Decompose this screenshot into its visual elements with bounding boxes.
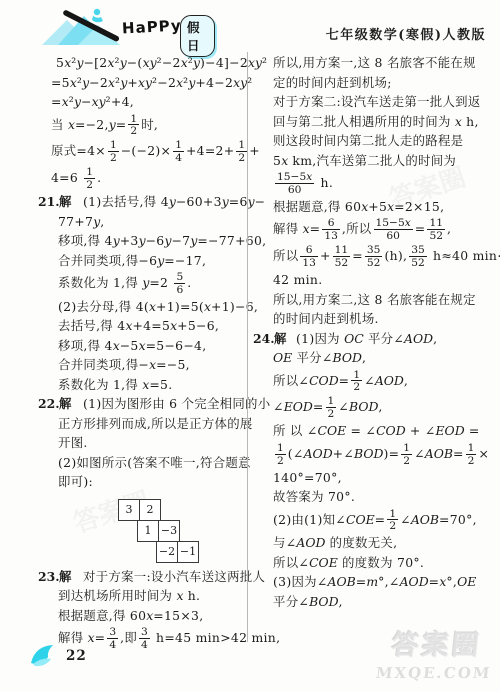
solution-line: 系数化为 1,得 y=2 56. <box>58 270 247 297</box>
fraction: 12 <box>275 442 286 467</box>
solve-label: 解 <box>274 329 286 349</box>
solution-line: 所以,用方案一,这 8 名旅客不能在规 <box>273 53 495 73</box>
fraction: 613 <box>322 217 340 242</box>
left-column: 5x²y−[2x²y−(xy²−2x²y)−4]−2xy²=5x²y−2x²y+… <box>20 53 247 652</box>
solution-line: 根据题意,得 60x+5x=2×15, <box>273 197 495 217</box>
solution-line: =5x²y−2x²y+xy²−2x²y+4−2xy² <box>51 73 247 93</box>
fraction: 12 <box>108 139 119 164</box>
solution-line: 根据题意,得 60x=15×3, <box>58 606 247 626</box>
logo-holiday-badge: 假日 <box>180 15 215 57</box>
solution-line: OE 平分∠BOD, <box>273 348 495 368</box>
page-number: 22 <box>66 648 87 664</box>
fraction: 12 <box>128 113 139 138</box>
edition-title: 七年级数学(寒假)人教版 <box>326 24 486 43</box>
solution-line: 所以∠COD=12∠AOD, <box>273 368 495 395</box>
solution-line: 到达机场所用时间为 x h. <box>58 586 247 606</box>
watermark-brand: 答案圈 <box>390 630 483 661</box>
problem-number: 24. <box>253 329 275 349</box>
solution-line: 去括号,得 4x+4=5x+5−6, <box>58 316 247 336</box>
solve-label: 解 <box>59 192 71 212</box>
fraction: 15−5x60 <box>374 217 413 242</box>
happy-holiday-logo: HaPPy 假日 <box>40 7 215 49</box>
solution-line: 合并同类项,得−6y=−17, <box>58 251 247 271</box>
problem-number: 21. <box>38 192 60 212</box>
fraction: 12 <box>387 508 398 533</box>
solution-line: (1)去括号,得 4y−60+3y=6y− <box>58 192 247 212</box>
solution-line: ∠EOD=12∠BOD, <box>273 394 495 421</box>
solution-line: 5x km,汽车送第二批人的时间为 <box>273 151 495 171</box>
solution-line: 所以,用方案二,这 8 名旅客能在规定 <box>273 290 495 310</box>
fraction: 3552 <box>365 244 383 269</box>
solve-label: 解 <box>59 567 71 587</box>
solution-line: 正方形排列而成,所以是正方体的展 <box>58 414 247 434</box>
solution-line: 原式=4×12−(−2)×14+4=2+12+ <box>51 138 247 165</box>
net-cell: −3 <box>158 520 180 542</box>
column-divider <box>247 52 248 642</box>
solution-line: 解得 x=613,所以15−5x60=1152, <box>273 216 495 243</box>
solution-line: 移项,得 4y+3y−6y−7y=−77+60, <box>58 231 247 251</box>
solution-line: 当 x=−2,y=12时, <box>51 112 247 139</box>
fraction: 12 <box>466 442 477 467</box>
solution-line: 即可): <box>58 472 247 492</box>
fraction: 613 <box>300 244 318 269</box>
cube-net-diagram: 321−3−2−1 <box>118 499 247 563</box>
solution-line: 系数化为 1,得 x=5. <box>58 375 247 395</box>
problem-number: 22. <box>38 394 60 414</box>
net-cell: −1 <box>177 541 199 563</box>
solution-line: 77+7y, <box>58 212 247 232</box>
solution-line: 开图. <box>58 433 247 453</box>
solution-line: 回与第二批人相遇所用的时间为 x h, <box>273 112 495 132</box>
problem-number: 23. <box>38 567 60 587</box>
solution-line: 140°=70°, <box>273 468 495 488</box>
net-cell: 2 <box>139 499 161 521</box>
problem-23: 23.解对于方案一:设小汽车送这两批人到达机场所用时间为 x h.根据题意,得 … <box>20 567 247 652</box>
solution-line: (2)如图所示(答案不唯一,符合题意 <box>58 453 247 473</box>
solution-line: 定的时间内赶到机场; <box>273 73 495 93</box>
solution-line: (1)因为 OC 平分∠AOD, <box>273 329 495 349</box>
fraction: 12 <box>326 395 337 420</box>
logo-happy-text: HaPPy <box>122 16 183 37</box>
solution-continuation: 5x²y−[2x²y−(xy²−2x²y)−4]−2xy²=5x²y−2x²y+… <box>20 53 247 192</box>
solution-line: (2)由(1)知∠COE=12∠AOB=70°, <box>273 507 495 534</box>
problem-24: 24.解(1)因为 OC 平分∠AOD,OE 平分∠BOD,所以∠COD=12∠… <box>253 329 495 612</box>
solution-line: 所以613+1152=3552(h),3552 h≈40 min< <box>273 243 495 270</box>
fraction: 1152 <box>333 244 351 269</box>
fraction: 3552 <box>409 244 427 269</box>
fraction: 12 <box>84 166 95 191</box>
solution-line: (1)因为图形由 6 个完全相同的小 <box>58 394 247 414</box>
solution-line: 所以∠COE 的度数为 70°. <box>273 553 495 573</box>
fraction: 34 <box>139 626 150 651</box>
leaf-icon <box>26 642 62 674</box>
solution-line: (3)因为∠AOB=m°,∠AOD=x°,OE <box>273 572 495 592</box>
problem-22: 22.解(1)因为图形由 6 个完全相同的小正方形排列而成,所以是正方体的展开图… <box>20 394 247 563</box>
workbook-answer-page: HaPPy 假日 七年级数学(寒假)人教版 答案圈 答案圈 5x²y−[2x²y… <box>0 0 500 692</box>
answer-site-watermark: 答案圈 MXQE.COM <box>375 623 497 682</box>
fraction: 12 <box>401 442 412 467</box>
fraction: 56 <box>174 271 185 296</box>
net-cell: −2 <box>156 541 178 563</box>
fraction: 34 <box>107 626 118 651</box>
solution-continuation: 所以,用方案一,这 8 名旅客不能在规定的时间内赶到机场;对于方案二:设汽车送走… <box>253 53 495 329</box>
solution-line: 所 以 ∠COE = ∠COD + ∠EOD = <box>273 421 495 441</box>
solve-label: 解 <box>59 394 71 414</box>
fraction: 1152 <box>427 217 445 242</box>
net-cell: 3 <box>118 499 140 521</box>
solution-line: 12(∠AOD+∠BOD)=12∠AOB=12× <box>273 441 495 468</box>
solution-line: 4=6 12. <box>51 165 247 192</box>
fraction: 12 <box>351 369 362 394</box>
solution-line: (2)去分母,得 4(x+1)=5(x+1)−6, <box>58 297 247 317</box>
solution-line: 对于方案二:设汽车送走第一批人到返 <box>273 92 495 112</box>
solution-line: 15−5x60 h. <box>273 170 495 197</box>
watermark-site: MXQE.COM <box>375 664 492 682</box>
solution-line: 合并同类项,得−x=−5, <box>58 355 247 375</box>
fraction: 14 <box>173 139 184 164</box>
solution-line: 对于方案一:设小汽车送这两批人 <box>58 567 247 587</box>
solution-line: 5x²y−[2x²y−(xy²−2x²y)−4]−2xy² <box>51 53 247 73</box>
solution-line: 42 min. <box>273 270 495 290</box>
fraction: 12 <box>236 139 247 164</box>
problem-21: 21.解(1)去括号,得 4y−60+3y=6y−77+7y,移项,得 4y+3… <box>20 192 247 394</box>
solution-line: 平分∠BOD, <box>273 592 495 612</box>
solution-line: 故答案为 70°. <box>273 487 495 507</box>
solution-line: =x²y−xy²+4, <box>51 92 247 112</box>
fraction: 15−5x60 <box>275 171 314 196</box>
solution-line: 的时间内赶到机场. <box>273 309 495 329</box>
net-cell: 1 <box>137 520 159 542</box>
solution-line: 移项,得 4x−5x=5−6−4, <box>58 336 247 356</box>
solution-line: 与∠AOD 的度数无关, <box>273 533 495 553</box>
solution-line: 则这段时间内第二批人走的路程是 <box>273 131 495 151</box>
right-column: 所以,用方案一,这 8 名旅客不能在规定的时间内赶到机场;对于方案二:设汽车送走… <box>253 53 495 611</box>
